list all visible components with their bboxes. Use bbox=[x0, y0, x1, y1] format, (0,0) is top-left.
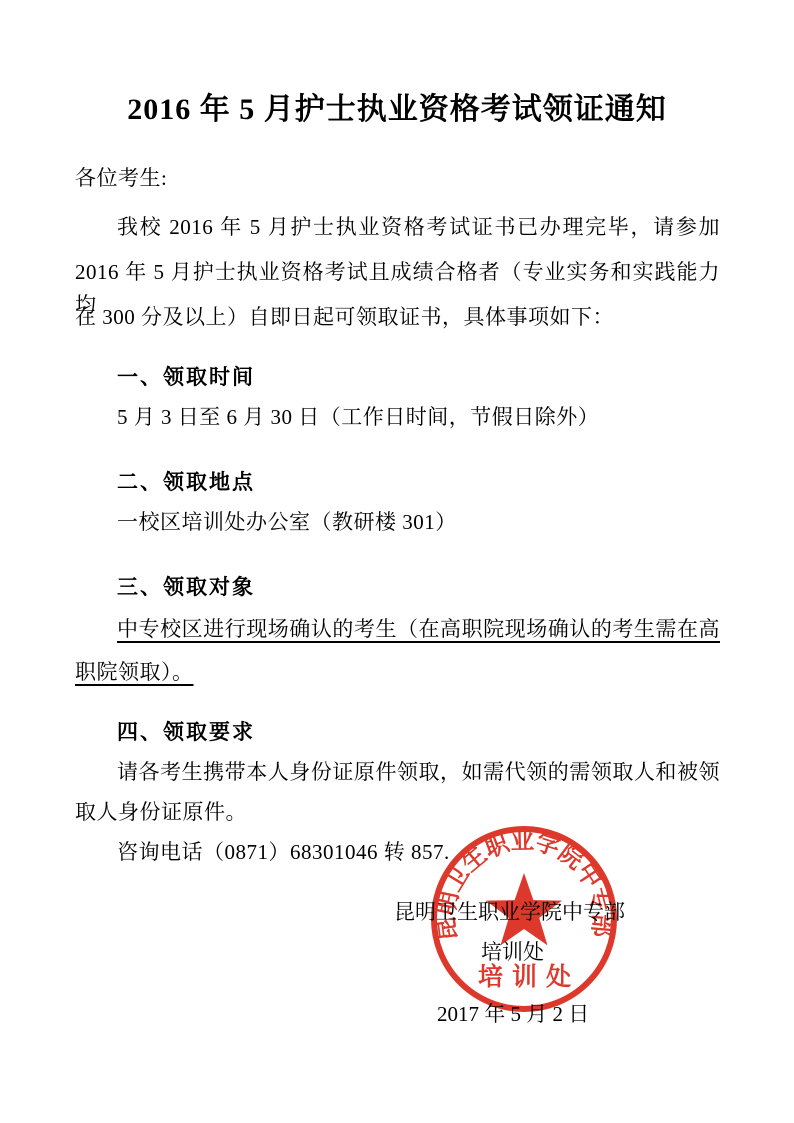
section-heading-pickup-requirements: 四、领取要求 bbox=[75, 716, 720, 749]
section-body-pickup-requirements: 取人身份证原件。 bbox=[75, 796, 720, 829]
section-heading-pickup-place: 二、领取地点 bbox=[75, 466, 720, 499]
intro-line: 在 300 分及以上）自即日起可领取证书，具体事项如下： bbox=[75, 301, 720, 334]
section-heading-pickup-time: 一、领取时间 bbox=[75, 361, 720, 394]
section-body-pickup-time: 5 月 3 日至 6 月 30 日（工作日时间，节假日除外） bbox=[75, 401, 720, 434]
document-page: 2016 年 5 月护士执业资格考试领证通知 各位考生: 我校 2016 年 5… bbox=[0, 0, 794, 1123]
red-star-icon bbox=[486, 873, 562, 945]
section-body-pickup-target: 中专校区进行现场确认的考生（在高职院现场确认的考生需在高 bbox=[75, 613, 720, 646]
intro-line: 我校 2016 年 5 月护士执业资格考试证书已办理完毕，请参加 bbox=[75, 211, 720, 244]
official-seal: 昆明卫生职业学院中专部 培训处 bbox=[428, 823, 620, 1015]
section-body-pickup-target: 职院领取）。 bbox=[75, 656, 720, 689]
document-title: 2016 年 5 月护士执业资格考试领证通知 bbox=[0, 84, 794, 128]
contact-phone-line: 咨询电话（0871）68301046 转 857. bbox=[75, 836, 720, 869]
section-body-pickup-place: 一校区培训处办公室（教研楼 301） bbox=[75, 506, 720, 539]
section-heading-pickup-target: 三、领取对象 bbox=[75, 571, 720, 604]
section-body-pickup-requirements: 请各考生携带本人身份证原件领取，如需代领的需领取人和被领 bbox=[75, 756, 720, 789]
seal-center-label: 培训处 bbox=[478, 962, 580, 991]
salutation: 各位考生: bbox=[75, 162, 720, 195]
